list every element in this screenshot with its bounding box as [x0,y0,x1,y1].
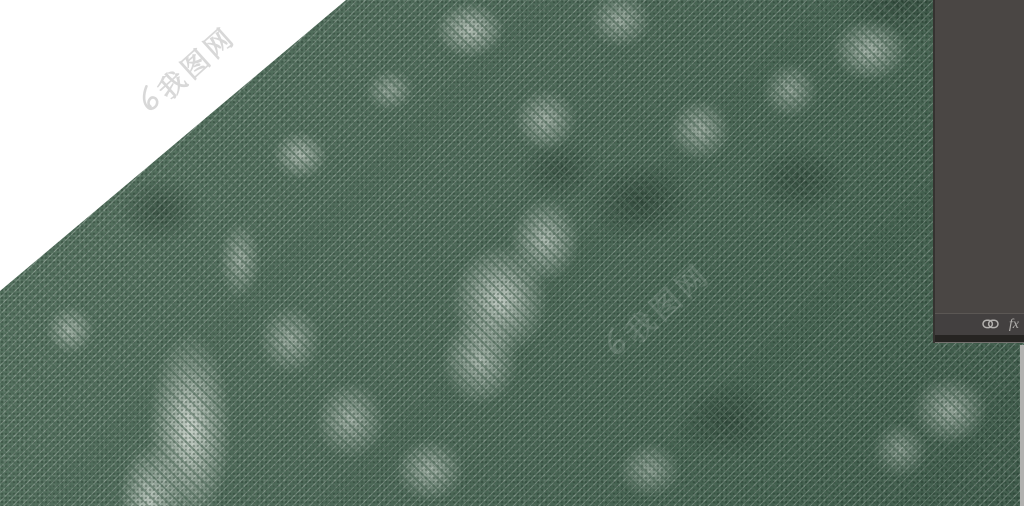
layers-panel-body [935,0,1024,313]
editor-workspace: 我图网 我图网 fx [0,0,1024,506]
layers-panel-footer-strip [935,335,1024,343]
link-icon [982,317,999,332]
window-edge-strip [1020,345,1024,506]
layers-panel: fx [933,0,1024,343]
watermark-text: 我图网 [148,16,243,107]
layers-panel-bottom-toolbar: fx [935,313,1024,335]
fx-label: fx [1009,318,1019,332]
layer-style-button[interactable]: fx [1009,314,1019,335]
link-layers-button[interactable] [982,314,999,335]
